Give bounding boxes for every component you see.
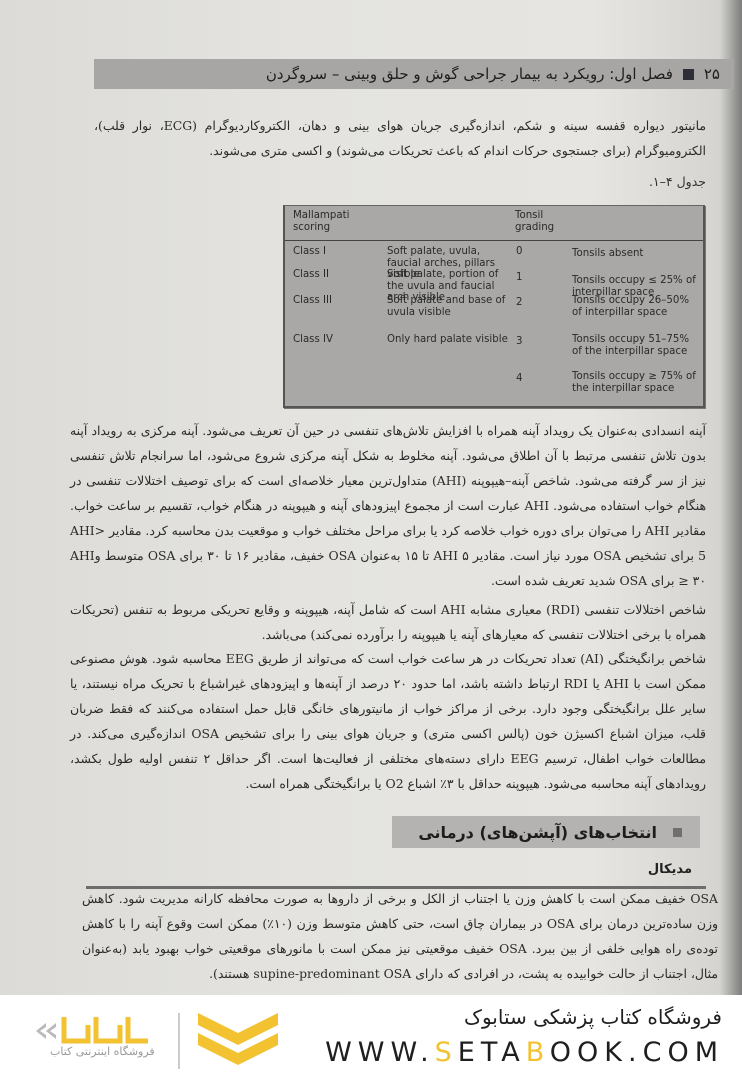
intro-paragraph: مانیتور دیواره قفسه سینه و شکم، اندازه‌گ… — [94, 113, 706, 163]
store-url-link[interactable]: WWW.SETABOOK.COM — [325, 1037, 724, 1068]
mallampati-class: Class II — [293, 269, 329, 281]
header-tonsil: Tonsil grading — [515, 210, 575, 234]
url-accent-letter: B — [526, 1037, 550, 1068]
section-title: انتخاب‌های (آپشن‌های) درمانی — [418, 823, 657, 842]
rdi-paragraph: شاخص اختلالات تنفسی (RDI) معیاری مشابه A… — [70, 597, 706, 647]
mallampati-desc: Soft palate and base of uvula visible — [387, 295, 517, 318]
setabook-logo-icon — [28, 1003, 288, 1075]
url-part: ETA — [458, 1037, 526, 1068]
tonsil-grade: 2 — [516, 297, 522, 309]
mallampati-desc: Only hard palate visible — [387, 334, 517, 346]
page-number: ۲۵ — [704, 65, 720, 83]
tonsil-grade: 1 — [516, 272, 522, 284]
mallampati-tonsil-table: Mallampati scoring Tonsil grading Class … — [283, 205, 705, 408]
tonsil-desc: Tonsils occupy ≥ 75% of the interpillar … — [572, 371, 702, 394]
chapter-title: فصل اول: رویکرد به بیمار جراحی گوش و حلق… — [266, 65, 673, 83]
medical-paragraph: OSA خفیف ممکن است با کاهش وزن یا اجتناب … — [82, 886, 718, 986]
table-header-row: Mallampati scoring Tonsil grading — [285, 206, 703, 241]
store-footer: فروشگاه اینترنتی کتاب فروشگاه کتاب پزشکی… — [0, 995, 742, 1079]
book-page: ۲۵ فصل اول: رویکرد به بیمار جراحی گوش و … — [0, 0, 742, 995]
mallampati-class: Class IV — [293, 334, 333, 346]
apnea-paragraph: آپنه انسدادی به‌عنوان یک رویداد آپنه همر… — [70, 418, 706, 593]
section-heading-bar: انتخاب‌های (آپشن‌های) درمانی — [392, 816, 700, 848]
tonsil-grade: 0 — [516, 246, 522, 258]
ai-paragraph: شاخص برانگیختگی (AI) تعداد تحریکات در هر… — [70, 646, 706, 796]
url-part: WWW. — [325, 1037, 435, 1068]
mallampati-class: Class III — [293, 295, 332, 307]
tonsil-desc: Tonsils absent — [572, 248, 702, 260]
logo-subtitle: فروشگاه اینترنتی کتاب — [50, 1045, 155, 1058]
chapter-header-bar: ۲۵ فصل اول: رویکرد به بیمار جراحی گوش و … — [94, 59, 734, 89]
subheading-medical: مدیکال — [648, 862, 692, 877]
tonsil-grade: 4 — [516, 373, 522, 385]
tonsil-desc: Tonsils occupy 26–50% of interpillar spa… — [572, 295, 702, 318]
section-square-icon — [673, 828, 682, 837]
header-mallampati: Mallampati scoring — [293, 210, 373, 234]
tonsil-desc: Tonsils occupy 51–75% of the interpillar… — [572, 334, 702, 357]
url-part: OOK.COM — [550, 1037, 724, 1068]
store-name: فروشگاه کتاب پزشکی ستابوک — [464, 1005, 722, 1029]
table-caption: جدول ۴–۱. — [649, 174, 706, 189]
url-accent-letter: S — [435, 1037, 458, 1068]
header-square-icon — [683, 69, 694, 80]
mallampati-class: Class I — [293, 246, 326, 258]
tonsil-grade: 3 — [516, 336, 522, 348]
